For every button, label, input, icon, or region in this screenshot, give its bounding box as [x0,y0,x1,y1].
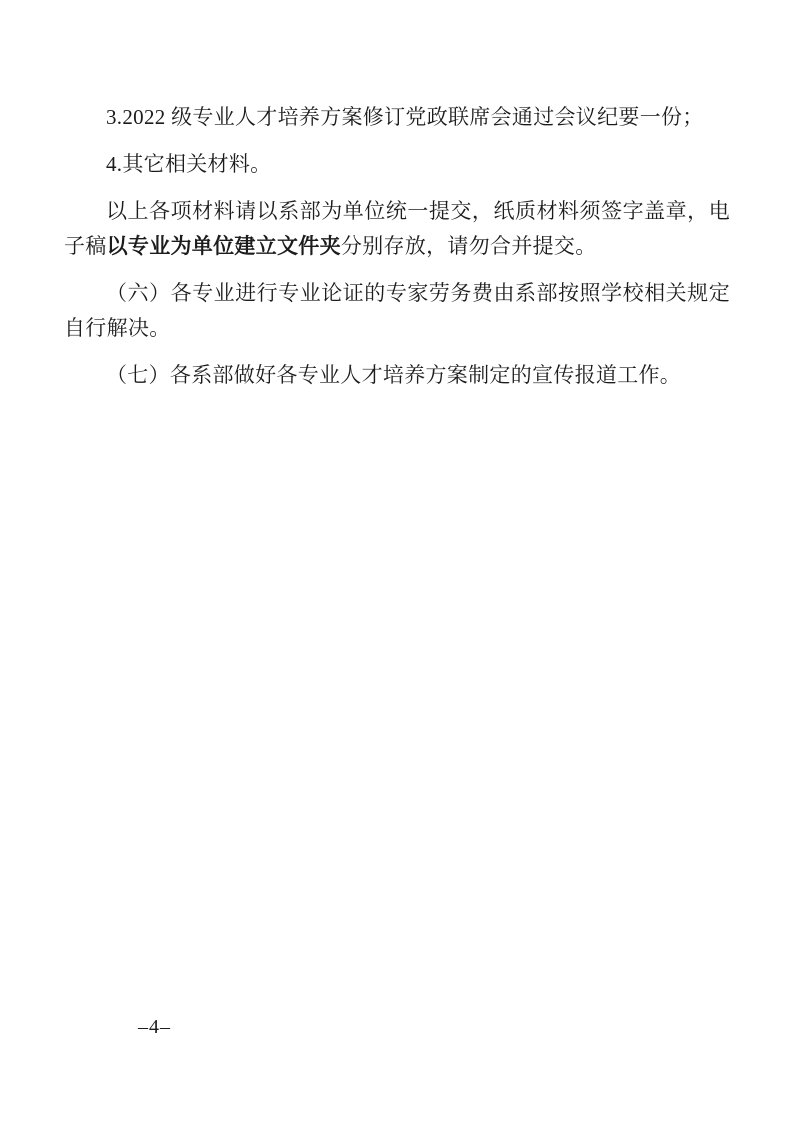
paragraph-4-run-1: （六）各专业进行专业论证的专家劳务费由系部按照学校相关规定自行解决。 [64,281,730,340]
document-page: 3.2022 级专业人才培养方案修订党政联席会通过会议纪要一份；4.其它相关材料… [0,0,793,1122]
paragraph-1: 3.2022 级专业人才培养方案修订党政联席会通过会议纪要一份； [64,100,730,135]
page-number: –4– [138,1016,171,1038]
paragraph-2-run-1: 4.其它相关材料。 [106,152,271,176]
paragraph-1-run-1: 3.2022 级专业人才培养方案修订党政联席会通过会议纪要一份； [106,105,704,129]
paragraph-3-run-3: 分别存放，请勿合并提交。 [341,234,597,258]
paragraph-4: （六）各专业进行专业论证的专家劳务费由系部按照学校相关规定自行解决。 [64,276,730,346]
document-body: 3.2022 级专业人才培养方案修订党政联席会通过会议纪要一份；4.其它相关材料… [64,100,730,405]
paragraph-2: 4.其它相关材料。 [64,147,730,182]
paragraph-5-run-1: （七）各系部做好各专业人才培养方案制定的宣传报道工作。 [106,363,681,387]
paragraph-3: 以上各项材料请以系部为单位统一提交，纸质材料须签字盖章，电子稿以专业为单位建立文… [64,194,730,264]
paragraph-3-run-2: 以专业为单位建立文件夹 [107,234,341,258]
paragraph-5: （七）各系部做好各专业人才培养方案制定的宣传报道工作。 [64,358,730,393]
